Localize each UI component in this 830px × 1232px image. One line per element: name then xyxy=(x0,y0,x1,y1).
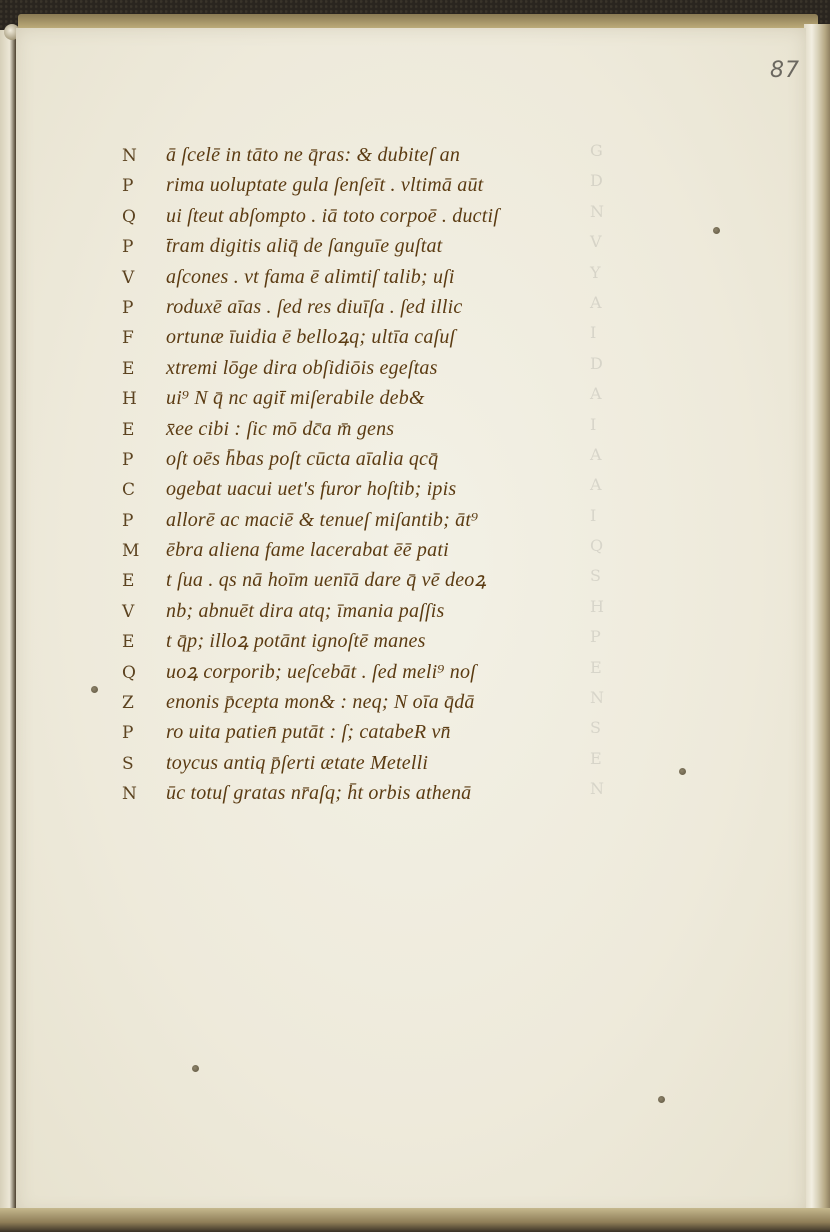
ink-dot-icon xyxy=(192,1065,199,1072)
show-through-initial: S xyxy=(590,713,650,743)
show-through-initial: D xyxy=(590,349,650,379)
ink-dot-icon xyxy=(91,686,98,693)
verse-text: t q̄p; illoꝝ potānt ignoſtē manes xyxy=(166,626,426,656)
verse-initial: V xyxy=(118,263,166,293)
verse-text: ui⁹ N q̄ nc agit̄ miſerabile deb& xyxy=(166,383,425,413)
ink-dot-icon xyxy=(713,227,720,234)
folio-number: 87 xyxy=(770,58,800,83)
verse-initial: N xyxy=(118,141,166,171)
show-through-initial: A xyxy=(590,440,650,470)
verse-initial: Q xyxy=(118,658,166,688)
verse-initial: P xyxy=(118,445,166,475)
verse-text: enonis p̄cepta mon& : neq; N oīa q̄dā xyxy=(166,687,475,717)
show-through-initial: E xyxy=(590,744,650,774)
verse-initial: Q xyxy=(118,202,166,232)
verse-line: Et ſua . qs nā hoīm uenīā dare q̄ vē deo… xyxy=(118,565,578,595)
verse-line: Extremi lōge dira obſidiōis egeſtas xyxy=(118,353,578,383)
verse-line: Pro uita patien̄ putāt : ſ; catabeR vn̄ xyxy=(118,717,578,747)
verse-initial: F xyxy=(118,323,166,353)
verse-line: Prima uoluptate gula ſenſeīt . vltimā aū… xyxy=(118,170,578,200)
verse-line: Fortunæ īuidia ē belloꝝq; ultīa caſuſ xyxy=(118,322,578,352)
verse-line: Vaſcones . vt fama ē alimtiſ talib; uſi xyxy=(118,262,578,292)
verse-text: ortunæ īuidia ē belloꝝq; ultīa caſuſ xyxy=(166,322,455,352)
verse-text: roduxē aīas . ſed res diuīſa . ſed illic xyxy=(166,292,462,322)
verse-text: rima uoluptate gula ſenſeīt . vltimā aūt xyxy=(166,170,483,200)
verse-line: Nā ſcelē in tāto ne q̄ras: & dubiteſ an xyxy=(118,140,578,170)
verse-text: ā ſcelē in tāto ne q̄ras: & dubiteſ an xyxy=(166,140,460,170)
verse-text: ēbra aliena fame lacerabat ēē pati xyxy=(166,535,449,565)
verse-initial: E xyxy=(118,354,166,384)
verse-text: ro uita patien̄ putāt : ſ; catabeR vn̄ xyxy=(166,717,451,747)
verse-text: ogebat uacui uet's furor hoſtib; ipis xyxy=(166,474,456,504)
show-through-initial: I xyxy=(590,410,650,440)
verse-initial: N xyxy=(118,779,166,809)
show-through-initial: N xyxy=(590,197,650,227)
verse-initial: C xyxy=(118,475,166,505)
verse-initial: H xyxy=(118,384,166,414)
verse-line: Zenonis p̄cepta mon& : neq; N oīa q̄dā xyxy=(118,687,578,717)
verse-line: Vnb; abnuēt dira atq; īmania paſſis xyxy=(118,596,578,626)
show-through-initial: I xyxy=(590,318,650,348)
show-through-initial: N xyxy=(590,774,650,804)
verse-initial: Z xyxy=(118,688,166,718)
verse-line: Cogebat uacui uet's furor hoſtib; ipis xyxy=(118,474,578,504)
text-block: Nā ſcelē in tāto ne q̄ras: & dubiteſ anP… xyxy=(118,140,578,809)
verse-text: x̄ee cibi : ſic mō dc̄a m̄ gens xyxy=(166,414,394,444)
verse-initial: E xyxy=(118,415,166,445)
verse-initial: P xyxy=(118,293,166,323)
show-through-initial: Q xyxy=(590,531,650,561)
verse-line: Pallorē ac maciē & tenueſ miſantib; āt⁹ xyxy=(118,505,578,535)
verse-line: Ex̄ee cibi : ſic mō dc̄a m̄ gens xyxy=(118,414,578,444)
verse-line: Et q̄p; illoꝝ potānt ignoſtē manes xyxy=(118,626,578,656)
verse-text: t ſua . qs nā hoīm uenīā dare q̄ vē deoꝝ xyxy=(166,565,486,595)
verse-initial: E xyxy=(118,566,166,596)
verse-text: t̄ram digitis aliq̄ de ſanguīe guſtat xyxy=(166,231,442,261)
facing-leaf-edge xyxy=(0,30,16,1212)
show-through-initial: D xyxy=(590,166,650,196)
verse-line: Poſt oēs h̄bas poſt cūcta aīalia qcq̄ xyxy=(118,444,578,474)
verse-line: Quoꝝ corporib; ueſcebāt . ſed meli⁹ noſ xyxy=(118,657,578,687)
verse-initial: V xyxy=(118,597,166,627)
verse-initial: P xyxy=(118,171,166,201)
verse-text: oſt oēs h̄bas poſt cūcta aīalia qcq̄ xyxy=(166,444,438,474)
show-through-initial: G xyxy=(590,136,650,166)
verse-initial: E xyxy=(118,627,166,657)
show-through-initial: P xyxy=(590,622,650,652)
ink-dot-icon xyxy=(658,1096,665,1103)
show-through-initial: A xyxy=(590,288,650,318)
verse-text: ūc totuſ gratas nr̄aſq; h̄t orbis athenā xyxy=(166,778,471,808)
verse-line: Qui ſteut abſompto . iā toto corpoē . du… xyxy=(118,201,578,231)
verse-text: toycus antiq p̄ſerti ætate Metelli xyxy=(166,748,428,778)
verse-text: allorē ac maciē & tenueſ miſantib; āt⁹ xyxy=(166,505,478,535)
verse-text: ui ſteut abſompto . iā toto corpoē . duc… xyxy=(166,201,499,231)
verse-line: Mēbra aliena fame lacerabat ēē pati xyxy=(118,535,578,565)
verse-initial: P xyxy=(118,718,166,748)
verse-line: Hui⁹ N q̄ nc agit̄ miſerabile deb& xyxy=(118,383,578,413)
show-through-initial: E xyxy=(590,653,650,683)
verse-text: aſcones . vt fama ē alimtiſ talib; uſi xyxy=(166,262,455,292)
show-through-initial: A xyxy=(590,470,650,500)
show-through-initial: Y xyxy=(590,258,650,288)
verse-initial: M xyxy=(118,536,166,566)
verse-text: uoꝝ corporib; ueſcebāt . ſed meli⁹ noſ xyxy=(166,657,476,687)
verse-text: nb; abnuēt dira atq; īmania paſſis xyxy=(166,596,444,626)
verse-text: xtremi lōge dira obſidiōis egeſtas xyxy=(166,353,438,383)
ink-dot-icon xyxy=(679,768,686,775)
show-through-initial: N xyxy=(590,683,650,713)
verse-line: Nūc totuſ gratas nr̄aſq; h̄t orbis athen… xyxy=(118,778,578,808)
page-fore-edge xyxy=(804,24,830,1214)
verse-initial: S xyxy=(118,749,166,779)
verse-initial: P xyxy=(118,506,166,536)
verse-line: Stoycus antiq p̄ſerti ætate Metelli xyxy=(118,748,578,778)
show-through-text: GDNVYAIDAIAAIQSHPENSEN xyxy=(590,136,650,805)
binding-bottom-edge xyxy=(0,1208,830,1232)
show-through-initial: S xyxy=(590,561,650,591)
show-through-initial: H xyxy=(590,592,650,622)
verse-line: Pt̄ram digitis aliq̄ de ſanguīe guſtat xyxy=(118,231,578,261)
show-through-initial: A xyxy=(590,379,650,409)
verse-initial: P xyxy=(118,232,166,262)
show-through-initial: I xyxy=(590,501,650,531)
show-through-initial: V xyxy=(590,227,650,257)
verse-line: Produxē aīas . ſed res diuīſa . ſed illi… xyxy=(118,292,578,322)
